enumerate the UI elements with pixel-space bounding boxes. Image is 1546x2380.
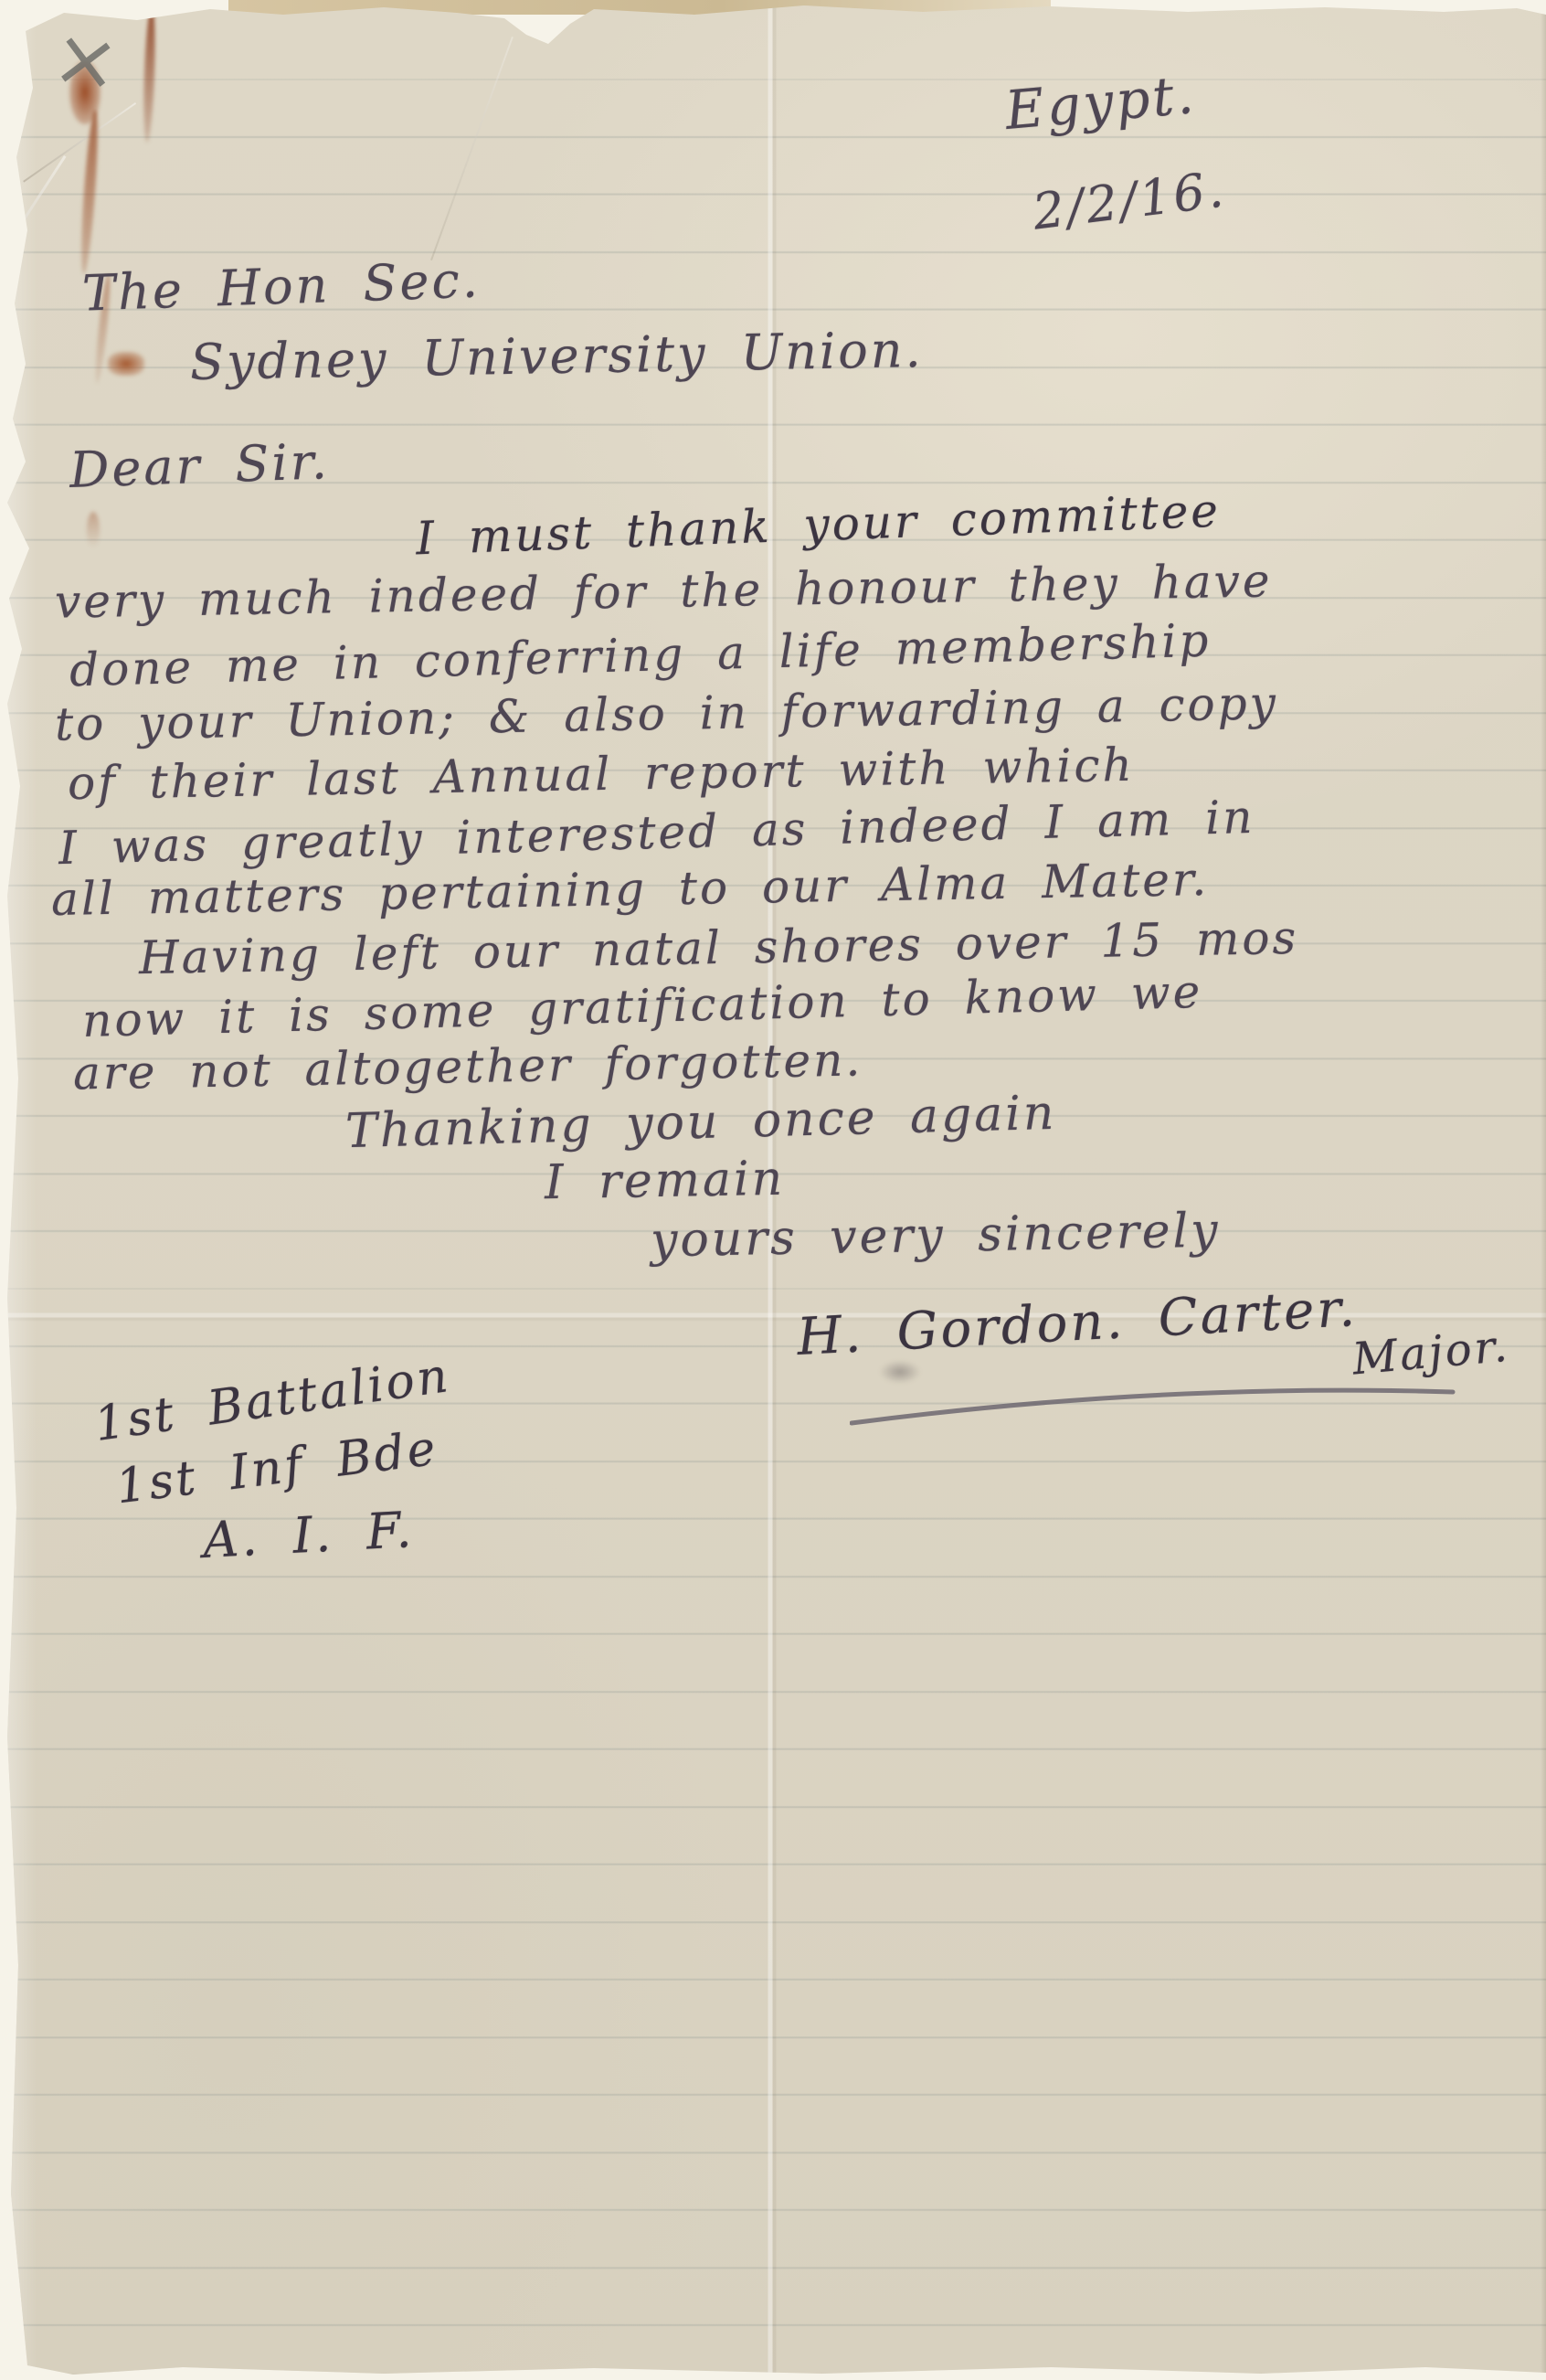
rust-stain	[87, 512, 100, 548]
paper-bottom-shadow	[0, 2373, 1546, 2380]
closing-line: I remain	[544, 1152, 785, 1211]
pencil-x-mark: ×	[47, 10, 124, 110]
letter-page: × Egypt. 2/2/16. The Hon Sec. Sydney Uni…	[0, 0, 1546, 2380]
closing-line: Thanking you once again	[344, 1086, 1057, 1159]
paper-left-torn-edge	[0, 0, 37, 2380]
rust-stain-streak	[142, 5, 156, 143]
closing-line: yours very sincerely	[651, 1204, 1221, 1269]
date-line: 2/2/16.	[1030, 160, 1229, 240]
paper-right-shadow	[1541, 0, 1546, 2380]
rust-stain-streak	[79, 110, 101, 274]
recipient-line: The Hon Sec.	[81, 250, 482, 322]
salutation: Dear Sir.	[69, 432, 331, 499]
place-line: Egypt.	[1002, 63, 1198, 142]
recipient-line: Sydney University Union.	[190, 321, 925, 391]
signature: H. Gordon. Carter.	[796, 1279, 1360, 1367]
signature-underline-flourish	[850, 1366, 1471, 1430]
fold-crease	[430, 37, 514, 260]
unit-line: A. I. F.	[202, 1501, 416, 1569]
rust-stain	[108, 352, 144, 376]
body-line: I must thank your committee	[415, 484, 1222, 566]
